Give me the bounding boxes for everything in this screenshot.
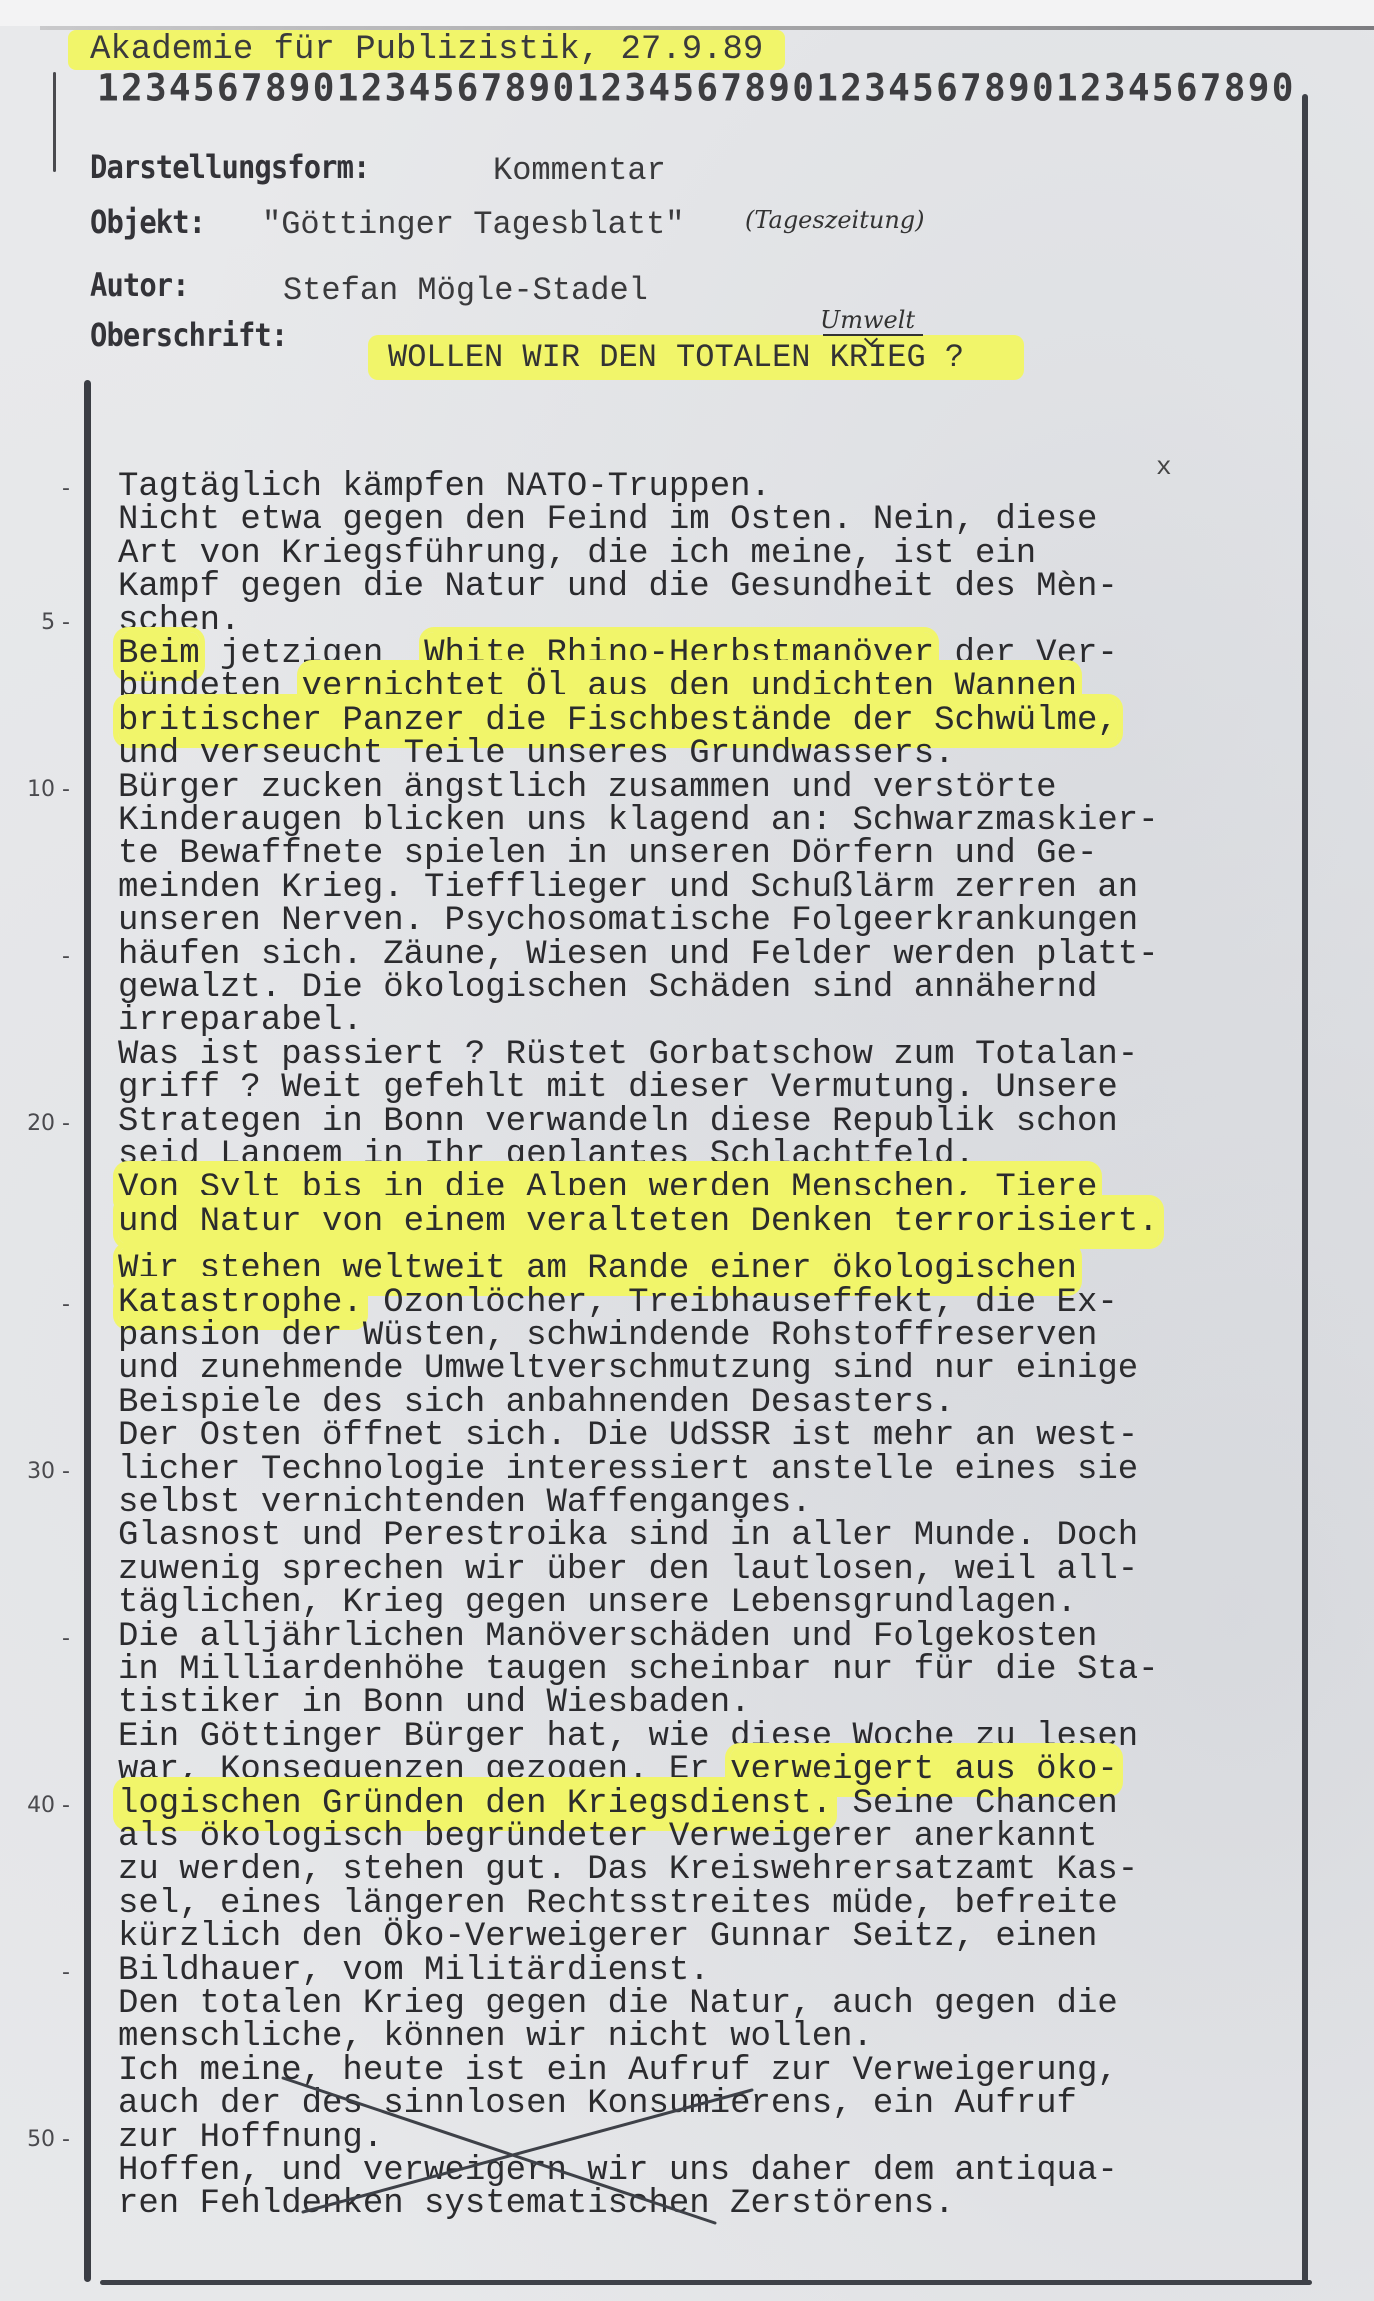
article-line: Bürger zucken ängstlich zusammen und ver… — [118, 771, 1057, 805]
line-text: täglichen, Krieg gegen unsere Lebensgrun… — [118, 1584, 1077, 1622]
article-line: zur Hoffnung. — [118, 2121, 383, 2155]
line-number-marker: 10 - — [10, 777, 70, 802]
article-line: menschliche, können wir nicht wollen. — [118, 2020, 873, 2054]
text-box-left-border — [84, 380, 91, 2282]
article-line: ren Fehldenken systematischen Zerstörens… — [118, 2187, 955, 2221]
article-line: Katastrophe. Ozonlöcher, Treibhauseffekt… — [118, 1286, 1118, 1320]
line-text: pansion der Wüsten, schwindende Rohstoff… — [118, 1317, 1097, 1355]
article-line: gewalzt. Die ökologischen Schäden sind a… — [118, 971, 1097, 1005]
article-line: logischen Gründen den Kriegsdienst. Sein… — [118, 1787, 1118, 1821]
line-text: zu werden, stehen gut. Das Kreiswehrersa… — [118, 1851, 1138, 1889]
line-text: Die alljährlichen Manöverschäden und Fol… — [118, 1618, 1097, 1656]
line-text: Hoffen, und verweigern wir uns daher dem… — [118, 2152, 1118, 2190]
line-text: irreparabel. — [118, 1002, 363, 1040]
line-text: und verseucht Teile unseres Grundwassers… — [118, 735, 955, 773]
author-value: Stefan Mögle-Stadel — [283, 272, 648, 309]
line-text: kürzlich den Öko-Verweigerer Gunnar Seit… — [118, 1918, 1097, 1956]
line-text: Seine Chancen — [832, 1785, 1118, 1823]
object-value: "Göttinger Tagesblatt" — [262, 206, 684, 243]
article-line: zu werden, stehen gut. Das Kreiswehrersa… — [118, 1853, 1138, 1887]
line-text: auch der des sinnlosen Konsumierens, ein… — [118, 2085, 1077, 2123]
headline-label: Oberschrift: — [90, 316, 287, 354]
column-ruler: 1234567890123456789012345678901234567890… — [97, 70, 1296, 108]
article-line: Den totalen Krieg gegen die Natur, auch … — [118, 1987, 1118, 2021]
line-number-marker: 30 - — [10, 1459, 70, 1484]
line-text: Kampf gegen die Natur und die Gesundheit… — [118, 568, 1118, 606]
headline-value: WOLLEN WIR DEN TOTALEN KRIEG ? — [388, 338, 964, 378]
form-label: Darstellungsform: — [90, 148, 369, 186]
article-line: Kinderaugen blicken uns klagend an: Schw… — [118, 804, 1159, 838]
article-line: und verseucht Teile unseres Grundwassers… — [118, 737, 955, 771]
article-line: Strategen in Bonn verwandeln diese Repub… — [118, 1105, 1118, 1139]
article-line: unseren Nerven. Psychosomatische Folgeer… — [118, 904, 1138, 938]
article-line: irreparabel. — [118, 1004, 363, 1038]
corner-x-mark: x — [1156, 452, 1172, 482]
article-line: Was ist passiert ? Rüstet Gorbatschow zu… — [118, 1038, 1138, 1072]
article-line: sel, eines längeren Rechtsstreites müde,… — [118, 1887, 1118, 1921]
article-line: Der Osten öffnet sich. Die UdSSR ist meh… — [118, 1419, 1138, 1453]
line-text: häufen sich. Zäune, Wiesen und Felder we… — [118, 936, 1159, 974]
line-text: licher Technologie interessiert anstelle… — [118, 1451, 1138, 1489]
article-line: und zunehmende Umweltverschmutzung sind … — [118, 1352, 1138, 1386]
line-text: tistiker in Bonn und Wiesbaden. — [118, 1684, 751, 1722]
article-line: licher Technologie interessiert anstelle… — [118, 1453, 1138, 1487]
article-line: Nicht etwa gegen den Feind im Osten. Nei… — [118, 503, 1097, 537]
article-line: in Milliardenhöhe taugen scheinbar nur f… — [118, 1653, 1159, 1687]
highlighted-text: und Natur von einem veralteten Denken te… — [118, 1200, 1159, 1244]
object-label: Objekt: — [90, 203, 205, 241]
article-line: Bildhauer, vom Militärdienst. — [118, 1954, 710, 1988]
article-line: pansion der Wüsten, schwindende Rohstoff… — [118, 1319, 1097, 1353]
article-line: als ökologisch begründeter Verweigerer a… — [118, 1820, 1097, 1854]
article-line: Kampf gegen die Natur und die Gesundheit… — [118, 570, 1118, 604]
line-number-marker: 40 - — [10, 1793, 70, 1818]
article-line: häufen sich. Zäune, Wiesen und Felder we… — [118, 938, 1159, 972]
scan-top-margin — [0, 0, 1374, 26]
text-box-bottom-border — [100, 2280, 1312, 2285]
article-line: Die alljährlichen Manöverschäden und Fol… — [118, 1620, 1097, 1654]
form-value: Kommentar — [493, 152, 666, 189]
line-text: Art von Kriegsführung, die ich meine, is… — [118, 535, 1036, 573]
line-number-marker: 5 - — [10, 610, 70, 635]
line-text: selbst vernichtenden Waffenganges. — [118, 1484, 812, 1522]
line-number-marker: - — [10, 476, 70, 501]
frame-right-border — [1302, 94, 1308, 2285]
line-number-marker: - — [10, 1960, 70, 1985]
line-text: Glasnost und Perestroika sind in aller M… — [118, 1517, 1138, 1555]
line-number-marker: 20 - — [10, 1111, 70, 1136]
article-line: Tagtäglich kämpfen NATO-Truppen. — [118, 470, 771, 504]
line-text: Den totalen Krieg gegen die Natur, auch … — [118, 1985, 1118, 2023]
article-line: britischer Panzer die Fischbestände der … — [118, 704, 1118, 738]
line-text: zur Hoffnung. — [118, 2119, 383, 2157]
article-line: auch der des sinnlosen Konsumierens, ein… — [118, 2087, 1077, 2121]
line-text: Bildhauer, vom Militärdienst. — [118, 1952, 710, 1990]
article-line: meinden Krieg. Tiefflieger und Schußlärm… — [118, 871, 1138, 905]
article-line: tistiker in Bonn und Wiesbaden. — [118, 1686, 751, 1720]
author-label: Autor: — [90, 266, 189, 304]
article-line: und Natur von einem veralteten Denken te… — [118, 1205, 1159, 1239]
line-text: menschliche, können wir nicht wollen. — [118, 2018, 873, 2056]
line-text: Tagtäglich kämpfen NATO-Truppen. — [118, 468, 771, 506]
line-text: Ich meine, heute ist ein Aufruf zur Verw… — [118, 2052, 1118, 2090]
line-text: Strategen in Bonn verwandeln diese Repub… — [118, 1103, 1118, 1141]
line-text: zuwenig sprechen wir über den lautlosen,… — [118, 1551, 1138, 1589]
line-text: und zunehmende Umweltverschmutzung sind … — [118, 1350, 1138, 1388]
line-number-marker: 50 - — [10, 2127, 70, 2152]
line-number-marker: - — [10, 1292, 70, 1317]
article-line: täglichen, Krieg gegen unsere Lebensgrun… — [118, 1586, 1077, 1620]
line-text: te Bewaffnete spielen in unseren Dörfern… — [118, 835, 1097, 873]
line-text: Der Osten öffnet sich. Die UdSSR ist meh… — [118, 1417, 1138, 1455]
line-text: Nicht etwa gegen den Feind im Osten. Nei… — [118, 501, 1097, 539]
line-text: Ozonlöcher, Treibhauseffekt, die Ex- — [363, 1284, 1118, 1322]
line-text: Beispiele des sich anbahnenden Desasters… — [118, 1384, 955, 1422]
article-line: griff ? Weit gefehlt mit dieser Vermutun… — [118, 1071, 1118, 1105]
line-text: in Milliardenhöhe taugen scheinbar nur f… — [118, 1651, 1159, 1689]
line-text: unseren Nerven. Psychosomatische Folgeer… — [118, 902, 1138, 940]
line-text: meinden Krieg. Tiefflieger und Schußlärm… — [118, 869, 1138, 907]
article-line: kürzlich den Öko-Verweigerer Gunnar Seit… — [118, 1920, 1097, 1954]
line-text: Kinderaugen blicken uns klagend an: Schw… — [118, 802, 1159, 840]
left-bracket-mark — [53, 72, 56, 172]
article-line: Glasnost und Perestroika sind in aller M… — [118, 1519, 1138, 1553]
line-text: griff ? Weit gefehlt mit dieser Vermutun… — [118, 1069, 1118, 1107]
article-line: zuwenig sprechen wir über den lautlosen,… — [118, 1553, 1138, 1587]
line-text: ren Fehldenken systematischen Zerstörens… — [118, 2185, 955, 2223]
line-text: als ökologisch begründeter Verweigerer a… — [118, 1818, 1097, 1856]
article-line: Art von Kriegsführung, die ich meine, is… — [118, 537, 1036, 571]
object-handwritten-note: (Tageszeitung) — [745, 206, 925, 234]
line-number-marker: - — [10, 944, 70, 969]
institution-date-line: Akademie für Publizistik, 27.9.89 — [68, 30, 785, 70]
line-text: sel, eines längeren Rechtsstreites müde,… — [118, 1885, 1118, 1923]
line-text: Bürger zucken ängstlich zusammen und ver… — [118, 769, 1057, 807]
line-text: Was ist passiert ? Rüstet Gorbatschow zu… — [118, 1036, 1138, 1074]
headline-insertion-annotation: Umwelt — [820, 306, 915, 334]
line-text: gewalzt. Die ökologischen Schäden sind a… — [118, 969, 1097, 1007]
article-line: Beispiele des sich anbahnenden Desasters… — [118, 1386, 955, 1420]
line-number-marker: - — [10, 1626, 70, 1651]
article-line: Ich meine, heute ist ein Aufruf zur Verw… — [118, 2054, 1118, 2088]
article-line: selbst vernichtenden Waffenganges. — [118, 1486, 812, 1520]
article-line: Hoffen, und verweigern wir uns daher dem… — [118, 2154, 1118, 2188]
article-line: te Bewaffnete spielen in unseren Dörfern… — [118, 837, 1097, 871]
